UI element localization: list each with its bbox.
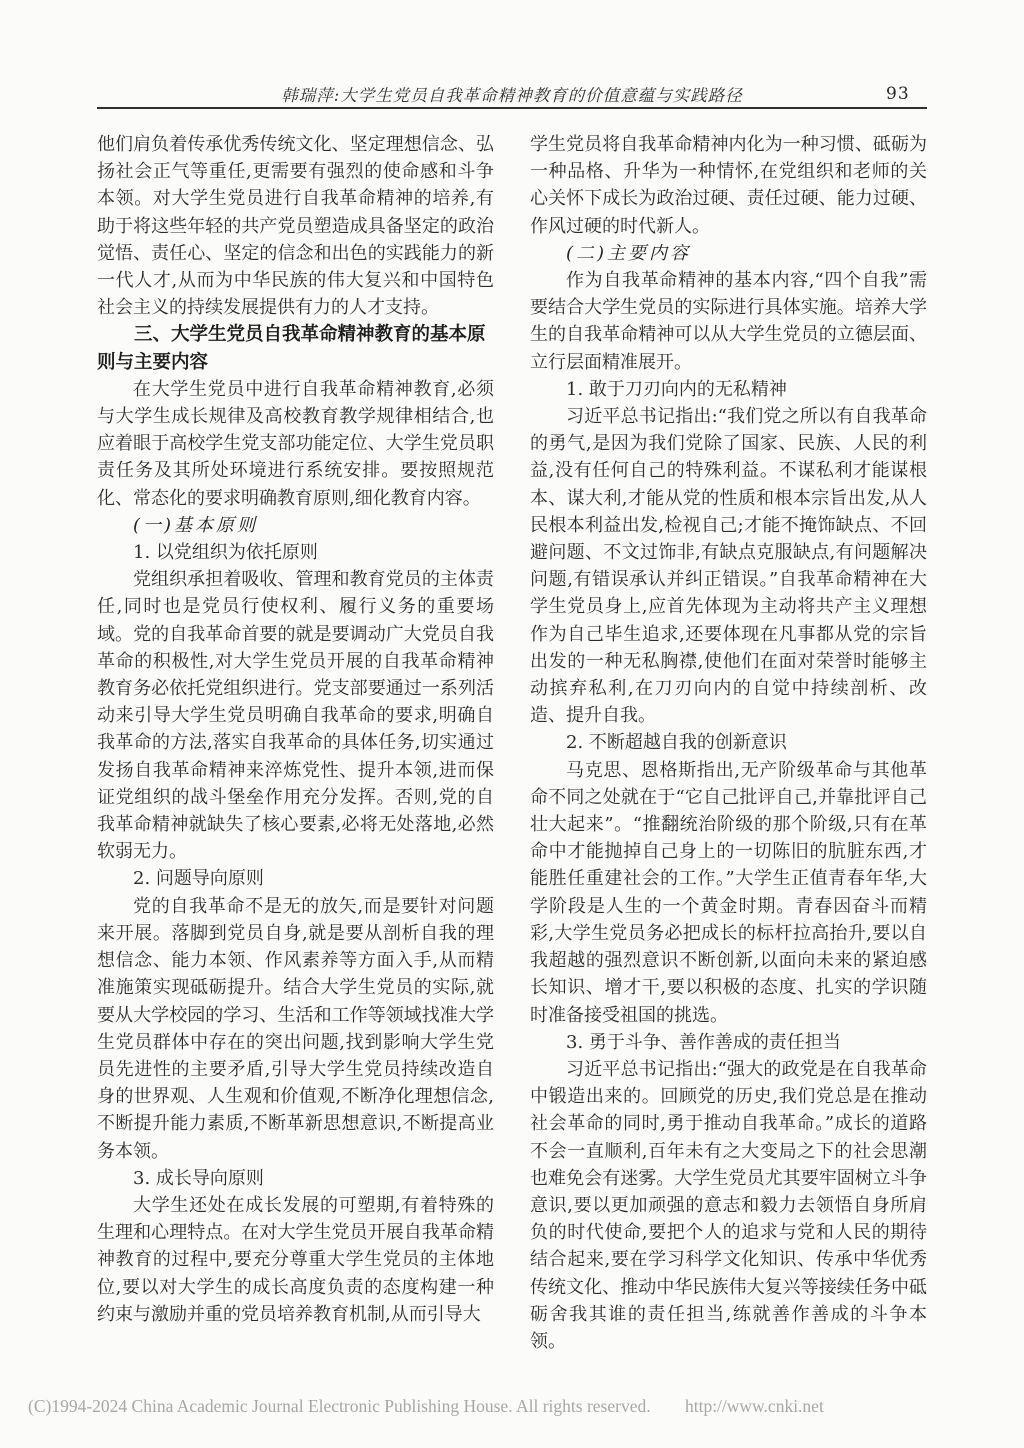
numbered-heading: 1. 敢于刀刃向内的无私精神 — [530, 376, 927, 403]
paragraph: 大学生还处在成长发展的可塑期,有着特殊的生理和心理特点。在对大学生党员开展自我革… — [97, 1192, 494, 1328]
paragraph: 习近平总书记指出:“我们党之所以有自我革命的勇气,是因为我们党除了国家、民族、人… — [530, 403, 927, 729]
subsection-heading: (二)主要内容 — [530, 240, 927, 267]
numbered-heading: 2. 不断超越自我的创新意识 — [530, 729, 927, 756]
numbered-heading: 3. 成长导向原则 — [97, 1165, 494, 1192]
page-number: 93 — [886, 84, 910, 104]
copyright-text: (C)1994-2024 China Academic Journal Elec… — [28, 1396, 651, 1416]
cnki-url: http://www.cnki.net — [685, 1396, 824, 1416]
subsection-heading: (一)基本原则 — [97, 512, 494, 539]
paragraph: 学生党员将自我革命精神内化为一种习惯、砥砺为一种品格、升华为一种情怀,在党组织和… — [530, 131, 927, 240]
paragraph: 习近平总书记指出:“强大的政党是在自我革命中锻造出来的。回顾党的历史,我们党总是… — [530, 1056, 927, 1355]
text-column-right: 学生党员将自我革命精神内化为一种习惯、砥砺为一种品格、升华为一种情怀,在党组织和… — [530, 131, 927, 1355]
paragraph: 党组织承担着吸收、管理和教育党员的主体责任,同时也是党员行使权利、履行义务的重要… — [97, 566, 494, 865]
paragraph: 在大学生党员中进行自我革命精神教育,必须与大学生成长规律及高校教育教学规律相结合… — [97, 376, 494, 512]
numbered-heading: 2. 问题导向原则 — [97, 865, 494, 892]
text-column-left: 他们肩负着传承优秀传统文化、坚定理想信念、弘扬社会正气等重任,更需要有强烈的使命… — [97, 131, 494, 1328]
paragraph: 作为自我革命精神的基本内容,“四个自我”需要结合大学生党员的实际进行具体实施。培… — [530, 267, 927, 376]
paragraph: 党的自我革命不是无的放矢,而是要针对问题来开展。落脚到党员自身,就是要从剖析自我… — [97, 893, 494, 1165]
paragraph: 他们肩负着传承优秀传统文化、坚定理想信念、弘扬社会正气等重任,更需要有强烈的使命… — [97, 131, 494, 321]
header-rule — [97, 107, 927, 109]
section-heading: 三、大学生党员自我革命精神教育的基本原则与主要内容 — [97, 321, 494, 375]
journal-page: 韩瑞萍:大学生党员自我革命精神教育的价值意蕴与实践路径 93 他们肩负着传承优秀… — [0, 0, 1024, 1448]
running-title: 韩瑞萍:大学生党员自我革命精神教育的价值意蕴与实践路径 — [97, 82, 927, 106]
numbered-heading: 1. 以党组织为依托原则 — [97, 539, 494, 566]
numbered-heading: 3. 勇于斗争、善作善成的责任担当 — [530, 1029, 927, 1056]
paragraph: 马克思、恩格斯指出,无产阶级革命与其他革命不同之处就在于“它自己批评自己,并靠批… — [530, 757, 927, 1029]
page-footer: (C)1994-2024 China Academic Journal Elec… — [28, 1396, 824, 1417]
